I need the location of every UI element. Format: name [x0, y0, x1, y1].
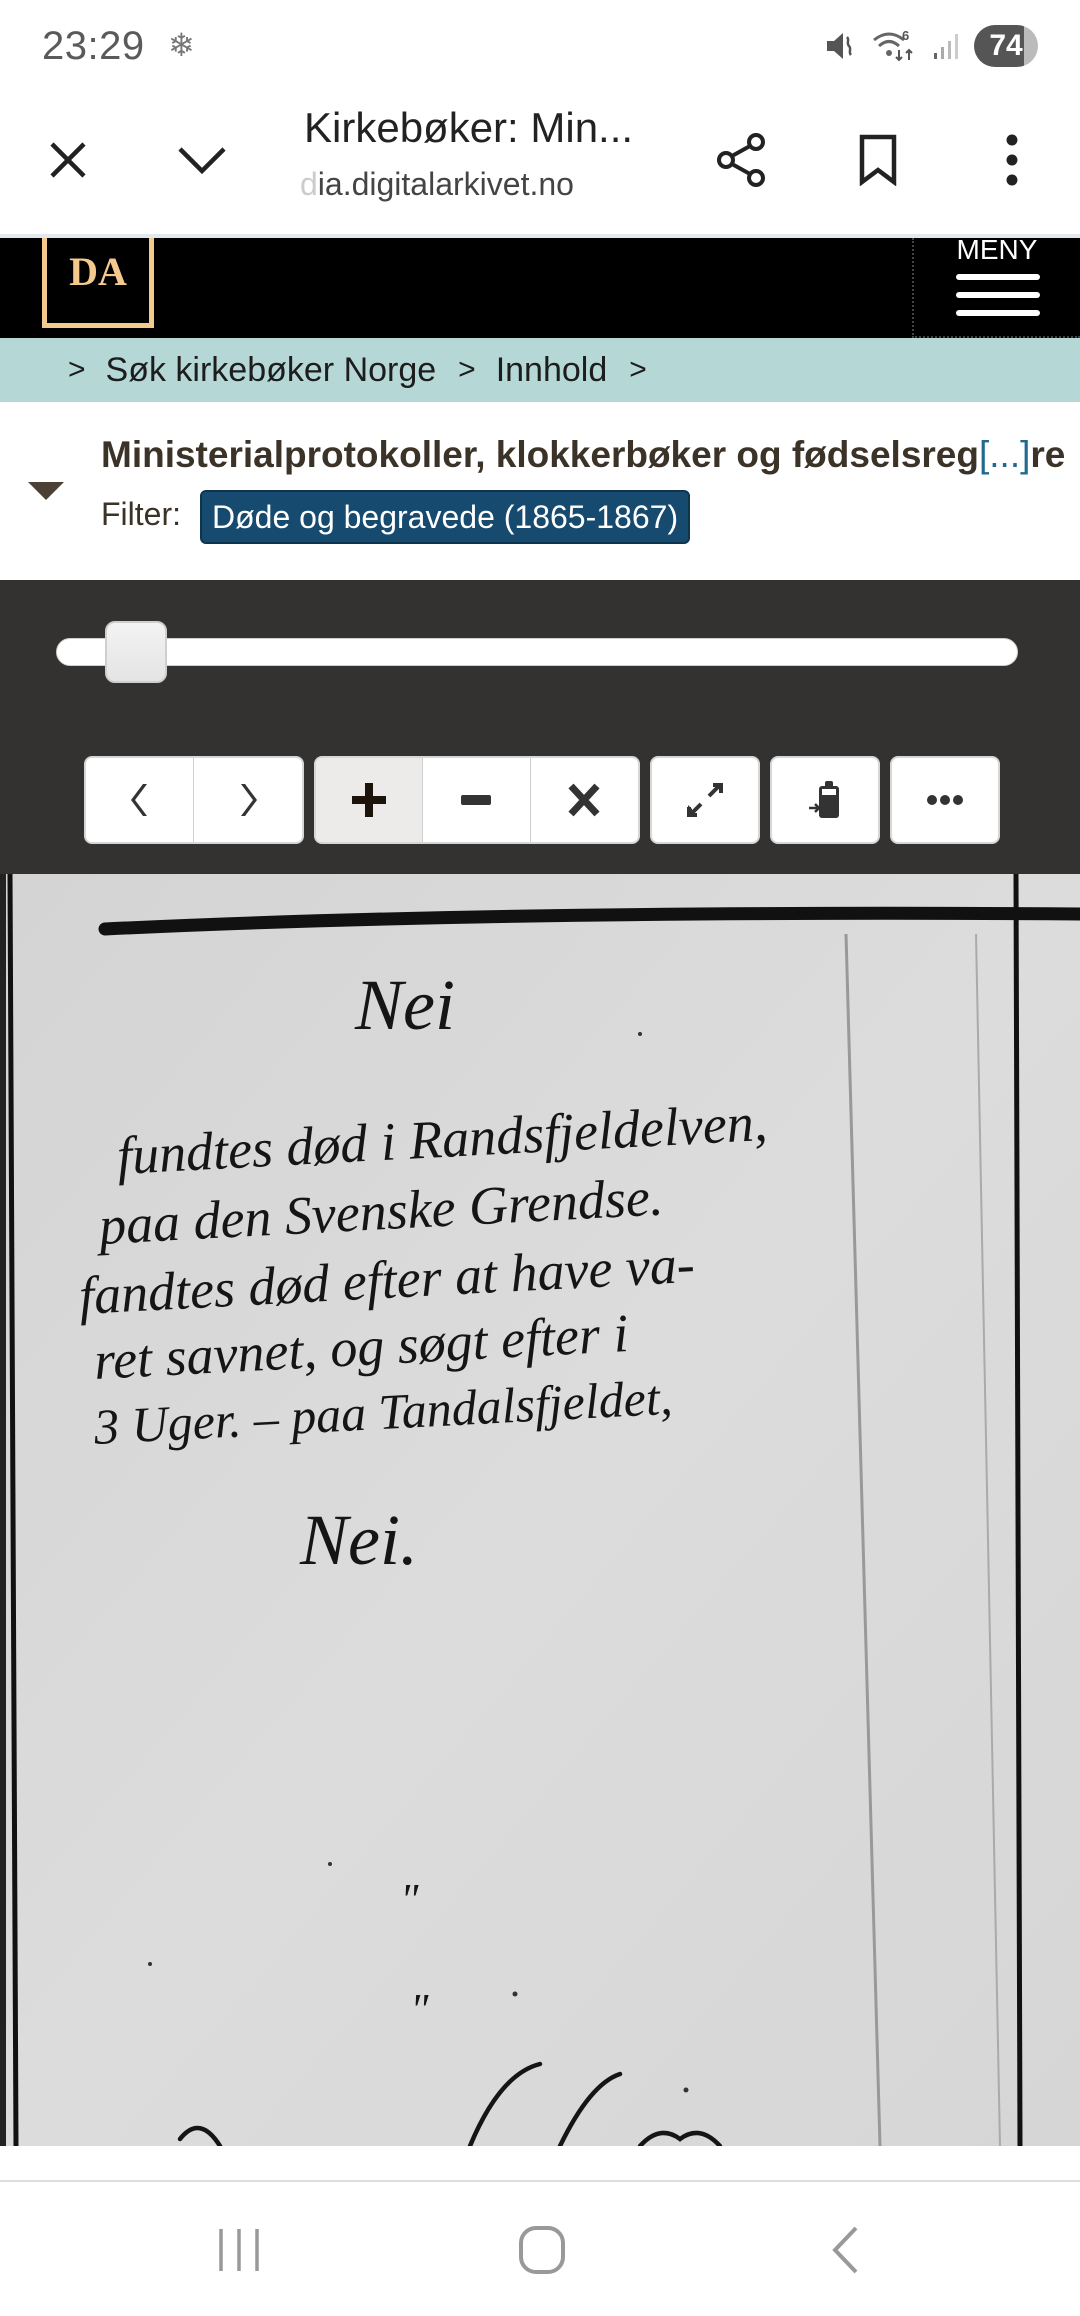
next-page-button[interactable]	[194, 758, 302, 842]
back-button[interactable]	[800, 2210, 890, 2290]
clipboard-group	[770, 756, 880, 844]
more-options-button[interactable]	[892, 758, 998, 842]
handwritten-page-image: Nei fundtes død i Randsfjeldelven, paa d…	[0, 874, 1080, 2146]
close-tab-button[interactable]	[30, 122, 106, 198]
breadcrumb-item-contents[interactable]: Innhold	[496, 351, 608, 390]
reset-zoom-button[interactable]	[531, 758, 638, 842]
menu-label: MENY	[914, 236, 1080, 264]
status-time: 23:29	[42, 24, 145, 69]
browser-toolbar: Kirkebøker: Min... dia.digitalarkivet.no	[0, 92, 1080, 234]
zoom-in-button[interactable]	[316, 758, 423, 842]
breadcrumb: > Søk kirkebøker Norge > Innhold >	[0, 338, 1080, 402]
zoom-group	[314, 756, 640, 844]
minus-icon	[461, 794, 491, 806]
viewer-toolbar	[0, 580, 1080, 874]
battery-icon: 74	[974, 25, 1038, 67]
wifi-6-icon: 6	[872, 28, 918, 64]
svg-text:Nei.: Nei.	[299, 1500, 418, 1580]
menu-button[interactable]: MENY	[912, 238, 1080, 338]
page-nav-group	[84, 756, 304, 844]
hamburger-icon-bar	[956, 292, 1040, 298]
title-ellipsis[interactable]: [...]	[979, 434, 1030, 475]
collapse-button[interactable]	[164, 122, 240, 198]
chevron-right-icon	[237, 782, 259, 818]
logo-text: DA	[69, 248, 127, 295]
title-tail: re	[1030, 434, 1065, 475]
close-icon	[46, 138, 90, 182]
da-logo[interactable]: DA	[42, 238, 154, 328]
previous-page-button[interactable]	[86, 758, 194, 842]
more-menu-button[interactable]	[974, 122, 1050, 198]
collection-header: Ministerialprotokoller, klokkerbøker og …	[0, 402, 1080, 580]
share-icon	[716, 132, 768, 188]
more-vertical-icon	[1004, 134, 1020, 186]
system-nav-bar	[0, 2182, 1080, 2316]
svg-text:": "	[410, 1985, 429, 2034]
clipboard-icon	[805, 780, 845, 820]
svg-text:": "	[400, 1875, 419, 1924]
svg-text:6: 6	[902, 28, 909, 43]
collection-title: Ministerialprotokoller, klokkerbøker og …	[101, 434, 1065, 476]
page-slider[interactable]	[56, 638, 1018, 666]
more-group	[890, 756, 1000, 844]
mute-icon	[824, 29, 858, 63]
hamburger-icon	[956, 274, 1040, 280]
fullscreen-button[interactable]	[652, 758, 758, 842]
x-icon	[567, 782, 601, 818]
page-slider-handle[interactable]	[105, 621, 167, 683]
breadcrumb-separator: >	[629, 353, 647, 387]
expand-icon	[684, 779, 726, 821]
share-button[interactable]	[704, 122, 780, 198]
copy-to-clipboard-button[interactable]	[772, 758, 878, 842]
battery-level: 74	[989, 29, 1022, 63]
bookmark-button[interactable]	[840, 122, 916, 198]
fullscreen-group	[650, 756, 760, 844]
recent-apps-icon	[217, 2227, 261, 2273]
chevron-down-icon	[177, 145, 227, 175]
status-bar: 23:29 ❄ 6 74	[0, 0, 1080, 92]
breadcrumb-separator: >	[458, 353, 476, 387]
status-icons: 6 74	[824, 24, 1038, 68]
hamburger-icon-bar	[956, 310, 1040, 316]
handwriting-line: Nei	[354, 965, 455, 1045]
title-text: Ministerialprotokoller, klokkerbøker og …	[101, 434, 979, 475]
expand-caret-icon[interactable]	[28, 482, 64, 500]
bookmark-icon	[858, 134, 898, 186]
ellipsis-icon	[926, 794, 964, 806]
home-button[interactable]	[497, 2210, 587, 2290]
signal-icon	[932, 31, 960, 61]
zoom-out-button[interactable]	[423, 758, 530, 842]
site-header: DA MENY	[0, 234, 1080, 338]
home-icon	[518, 2225, 566, 2275]
breadcrumb-separator: >	[68, 353, 86, 387]
url-domain: ia.digitalarkivet.no	[318, 166, 574, 202]
document-scan-image[interactable]: Nei fundtes død i Randsfjeldelven, paa d…	[0, 874, 1080, 2146]
recent-apps-button[interactable]	[194, 2210, 284, 2290]
breadcrumb-item-search[interactable]: Søk kirkebøker Norge	[106, 351, 437, 390]
plus-icon	[350, 781, 388, 819]
filter-label: Filter:	[101, 496, 181, 533]
page-title: Kirkebøker: Min...	[304, 104, 633, 152]
url-faded-text: d	[300, 166, 318, 202]
url-text[interactable]: dia.digitalarkivet.no	[300, 166, 574, 203]
snowflake-icon: ❄	[168, 26, 195, 64]
page-bottom-spacer	[0, 2146, 1080, 2182]
chevron-left-icon	[129, 782, 151, 818]
filter-chip[interactable]: Døde og begravede (1865-1867)	[200, 490, 690, 544]
back-icon	[830, 2225, 860, 2275]
